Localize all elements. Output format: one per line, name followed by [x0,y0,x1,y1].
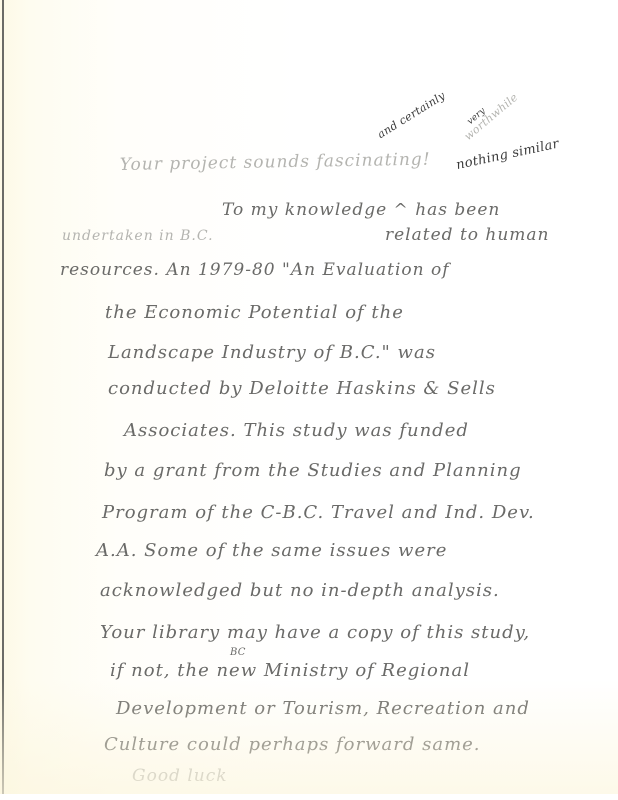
letter-line-16: Culture could perhaps forward same. [104,734,481,755]
letter-line-14: if not, the new Ministry of Regional [110,660,470,681]
letter-closing: Good luck [132,766,228,786]
scan-bottom-edge [0,794,618,800]
letter-line-4: resources. An 1979-80 "An Evaluation of [60,260,450,280]
letter-line-3: undertaken in B.C. [62,228,214,244]
letter-line-13: Your library may have a copy of this stu… [100,622,530,643]
letter-line-3b: related to human [385,225,550,245]
annotation-and-certainly: and certainly [375,89,447,141]
letter-line-10: Program of the C-B.C. Travel and Ind. De… [102,502,535,523]
letter-line-5: the Economic Potential of the [105,302,404,323]
letter-line-6: Landscape Industry of B.C." was [108,342,436,363]
letter-line-12: acknowledged but no in-depth analysis. [100,580,500,601]
scanned-letter-page: and certainly very worthwhile Your proje… [0,0,618,800]
superscript-bc: BC [230,647,246,658]
letter-line-7: conducted by Deloitte Haskins & Sells [108,378,496,399]
letter-line-8: Associates. This study was funded [124,420,469,441]
letter-line-11: A.A. Some of the same issues were [96,540,447,561]
scan-left-edge [2,0,4,794]
letter-line-9: by a grant from the Studies and Planning [104,460,522,481]
letter-line-1: Your project sounds fascinating! [120,150,431,175]
letter-line-15: Development or Tourism, Recreation and [116,698,530,719]
letter-line-2: To my knowledge ^ has been [222,200,500,220]
